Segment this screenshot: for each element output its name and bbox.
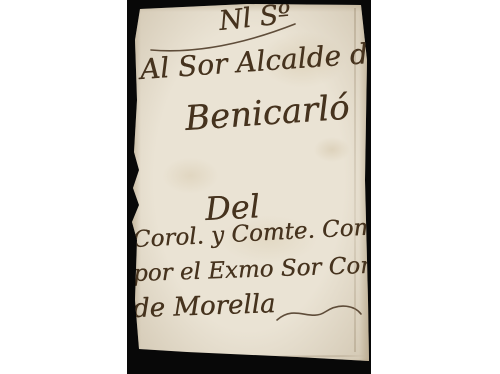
- address-line-town: Benicarló: [184, 91, 351, 136]
- letter-cover: Nl Sº Al Sor Alcalde de Benicarló Del Co…: [127, 0, 371, 374]
- catalog-photo: Nl Sº Al Sor Alcalde de Benicarló Del Co…: [0, 0, 500, 374]
- fold-crease-bottom: [139, 355, 365, 359]
- sender-line-title: de Morella: [133, 291, 276, 322]
- morella-tail-flourish: [275, 302, 363, 326]
- photo-background-mat: Nl Sº Al Sor Alcalde de Benicarló Del Co…: [127, 0, 371, 374]
- sender-line-authority: por el Exmo Sor Conde: [133, 254, 404, 286]
- sender-line-rank: Corol. y Comte. Comdo: [132, 215, 404, 252]
